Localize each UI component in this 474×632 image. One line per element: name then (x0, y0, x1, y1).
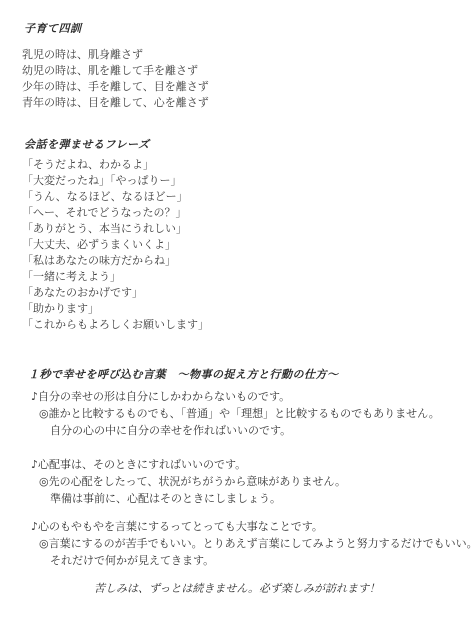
list-item: 「助かります」 (22, 301, 209, 317)
list-item: 幼児の時は、肌を離して手を離さず (22, 63, 209, 79)
double-circle-icon: ◎ (39, 407, 49, 420)
list-item: 「そうだよね、わかるよ」 (22, 157, 209, 173)
happiness-item-1: ♪自分の幸せの形は自分にしかわからないものです。 ◎誰かと比較するものでも、「普… (31, 388, 440, 439)
list-item: 「私はあなたの味方だからね」 (22, 253, 209, 269)
happiness-item-3: ♪心のもやもやを言葉にするってとっても大事なことです。 ◎言葉にするのが苦手でも… (31, 518, 474, 569)
list-item: 「へー、それでどうなったの？」 (22, 205, 209, 221)
list-item: 「大変だったね」「やっぱりー」 (22, 173, 209, 189)
double-circle-icon: ◎ (39, 475, 49, 488)
parenting-rules-list: 乳児の時は、肌身離さず 幼児の時は、肌を離して手を離さず 少年の時は、手を離して… (22, 47, 209, 111)
list-item: 「あなたのおかげです」 (22, 285, 209, 301)
list-item: 「これからもよろしくお願いします」 (22, 317, 209, 333)
list-item: 「一緒に考えよう」 (22, 269, 209, 285)
happiness-item-2: ♪心配事は、そのときにすればいいのです。 ◎先の心配をしたって、状況がちがうから… (31, 456, 346, 507)
list-item: 「大丈夫、必ずうまくいくよ」 (22, 237, 209, 253)
double-circle-icon: ◎ (39, 537, 49, 550)
music-note-icon: ♪ (31, 458, 38, 471)
music-note-icon: ♪ (31, 390, 38, 403)
heading-parenting-four-rules: 子育て四訓 (24, 20, 82, 36)
heading-happiness-words: １秒で幸せを呼び込む言葉 ～物事の捉え方と行動の仕方～ (28, 366, 339, 382)
phrases-list: 「そうだよね、わかるよ」 「大変だったね」「やっぱりー」 「うん、なるほど、なる… (22, 157, 209, 333)
list-item: 「うん、なるほど、なるほどー」 (22, 189, 209, 205)
list-item: 「ありがとう、本当にうれしい」 (22, 221, 209, 237)
list-item: 乳児の時は、肌身離さず (22, 47, 209, 63)
closing-message: 苦しみは、ずっとは続きません。必ず楽しみが訪れます！ (0, 580, 474, 596)
heading-conversation-phrases: 会話を弾ませるフレーズ (24, 136, 150, 152)
list-item: 青年の時は、目を離して、心を離さず (22, 95, 209, 111)
list-item: 少年の時は、手を離して、目を離さず (22, 79, 209, 95)
music-note-icon: ♪ (31, 520, 38, 533)
